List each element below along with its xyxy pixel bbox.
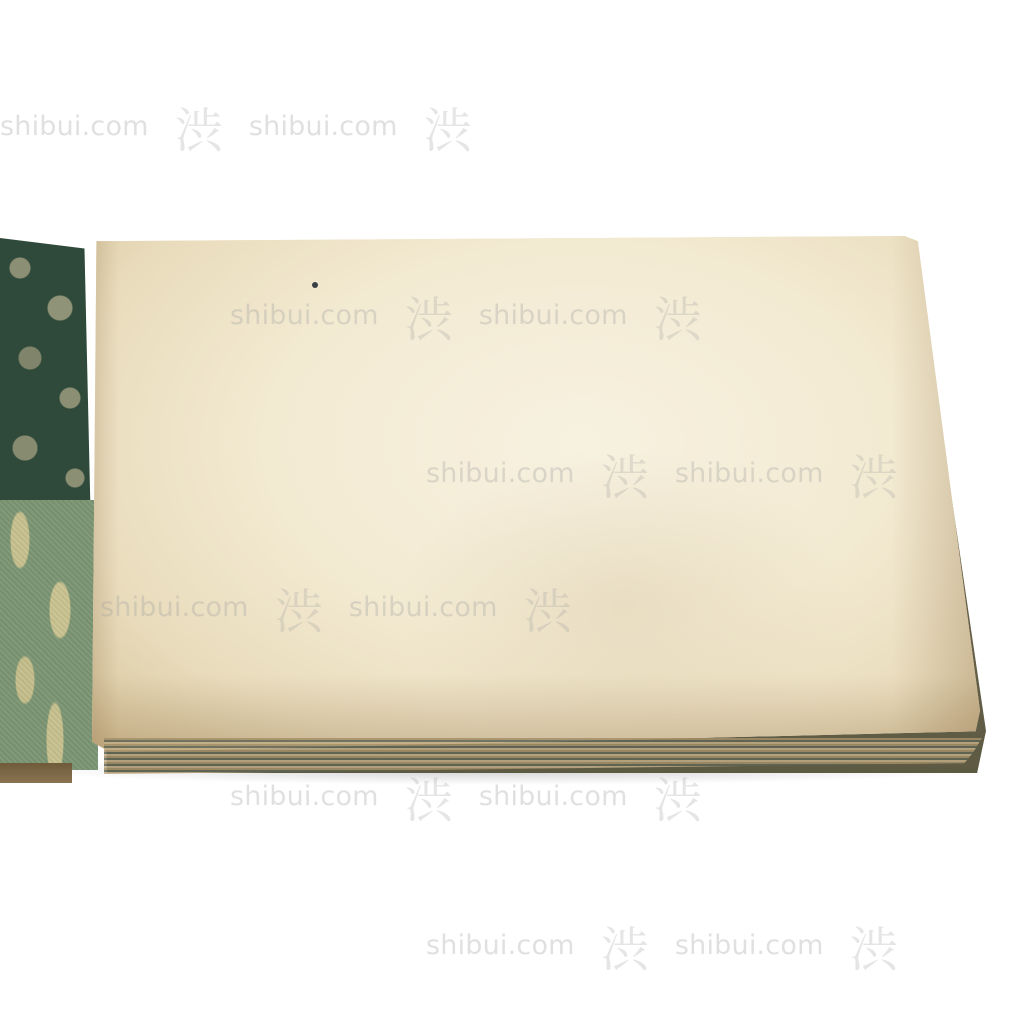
watermark-glyph: 渋 [405,762,453,831]
watermark-text: shibui.com [479,781,628,812]
watermark-text: shibui.com [0,111,149,142]
watermark: shibui.com 渋 shibui.com 渋 [230,281,702,350]
watermark: shibui.com 渋 shibui.com 渋 [0,92,472,161]
watermark-text: shibui.com [349,592,498,623]
watermark-text: shibui.com [675,458,824,489]
watermark-text: shibui.com [230,781,379,812]
watermark-glyph: 渋 [654,762,702,831]
watermark-glyph: 渋 [424,92,472,161]
watermark-glyph: 渋 [275,573,323,642]
product-photo: shibui.com 渋 shibui.com 渋 shibui.com 渋 s… [0,0,1023,1023]
watermark-text: shibui.com [249,111,398,142]
watermark-text: shibui.com [675,930,824,961]
dark-green-brocade-panel [0,238,96,500]
watermark-glyph: 渋 [524,573,572,642]
watermark-text: shibui.com [230,300,379,331]
watermark-text: shibui.com [100,592,249,623]
watermark: shibui.com 渋 shibui.com 渋 [230,762,702,831]
watermark-glyph: 渋 [601,911,649,980]
watermark-text: shibui.com [426,458,575,489]
watermark-glyph: 渋 [175,92,223,161]
brocade-cover [0,238,98,783]
watermark: shibui.com 渋 shibui.com 渋 [426,439,898,508]
watermark-glyph: 渋 [405,281,453,350]
watermark-glyph: 渋 [654,281,702,350]
watermark: shibui.com 渋 shibui.com 渋 [100,573,572,642]
sage-green-brocade-panel [0,500,98,770]
watermark: shibui.com 渋 shibui.com 渋 [426,911,898,980]
cover-board-edge [0,763,72,783]
watermark-glyph: 渋 [850,911,898,980]
watermark-text: shibui.com [479,300,628,331]
watermark-glyph: 渋 [601,439,649,508]
watermark-glyph: 渋 [850,439,898,508]
watermark-text: shibui.com [426,930,575,961]
